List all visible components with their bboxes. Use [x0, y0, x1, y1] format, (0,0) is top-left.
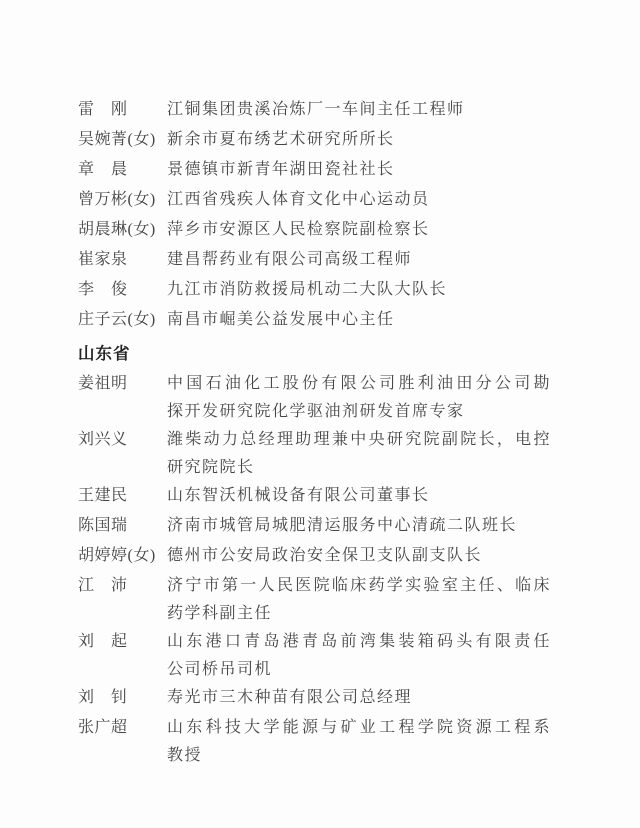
- description-line: 济南市城管局城肥清运服务中心清疏二队班长: [167, 512, 551, 540]
- description-line: 潍柴动力总经理助理兼中央研究院副院长，电控: [167, 426, 551, 454]
- entry-row: 姜祖明中国石油化工股份有限公司胜利油田分公司勘探开发研究院化学驱油剂研发首席专家: [78, 370, 584, 426]
- entry-name: 张广超: [78, 714, 167, 742]
- description-line: 九江市消防救援局机动二大队大队长: [167, 276, 551, 304]
- entry-row: 刘 钊寿光市三木种苗有限公司总经理: [78, 684, 584, 712]
- entry-description: 江铜集团贵溪冶炼厂一车间主任工程师: [167, 96, 551, 124]
- entry-description: 建昌帮药业有限公司高级工程师: [167, 246, 551, 274]
- entry-name: 刘 钊: [78, 684, 167, 712]
- description-line: 济宁市第一人民医院临床药学实验室主任、临床: [167, 572, 551, 600]
- entry-name: 江 沛: [78, 572, 167, 600]
- description-line: 研究院院长: [167, 454, 551, 482]
- entry-name: 刘兴义: [78, 426, 167, 454]
- entry-name: 胡晨琳(女): [78, 216, 167, 244]
- entry-name: 庄子云(女): [78, 306, 167, 334]
- entry-row: 吴婉菁(女)新余市夏布绣艺术研究所所长: [78, 126, 584, 154]
- entry-name: 李 俊: [78, 276, 167, 304]
- province-section: 雷 刚江铜集团贵溪冶炼厂一车间主任工程师吴婉菁(女)新余市夏布绣艺术研究所所长章…: [78, 96, 584, 334]
- entry-description: 寿光市三木种苗有限公司总经理: [167, 684, 551, 712]
- description-line: 德州市公安局政治安全保卫支队副支队长: [167, 542, 551, 570]
- entry-name: 曾万彬(女): [78, 186, 167, 214]
- entry-row: 庄子云(女)南昌市崛美公益发展中心主任: [78, 306, 584, 334]
- description-line: 江铜集团贵溪冶炼厂一车间主任工程师: [167, 96, 551, 124]
- section-header: 山东省: [78, 340, 584, 368]
- entry-name: 雷 刚: [78, 96, 167, 124]
- entry-description: 潍柴动力总经理助理兼中央研究院副院长，电控研究院院长: [167, 426, 551, 482]
- entry-row: 张广超山东科技大学能源与矿业工程学院资源工程系教授: [78, 714, 584, 770]
- province-section: 山东省姜祖明中国石油化工股份有限公司胜利油田分公司勘探开发研究院化学驱油剂研发首…: [78, 340, 584, 770]
- entry-name: 胡婷婷(女): [78, 542, 167, 570]
- entry-description: 中国石油化工股份有限公司胜利油田分公司勘探开发研究院化学驱油剂研发首席专家: [167, 370, 551, 426]
- entry-description: 萍乡市安源区人民检察院副检察长: [167, 216, 551, 244]
- description-line: 山东科技大学能源与矿业工程学院资源工程系: [167, 714, 551, 742]
- entry-name: 王建民: [78, 482, 167, 510]
- entry-description: 山东智沃机械设备有限公司董事长: [167, 482, 551, 510]
- entry-name: 章 晨: [78, 156, 167, 184]
- entry-row: 陈国瑞济南市城管局城肥清运服务中心清疏二队班长: [78, 512, 584, 540]
- entry-name: 陈国瑞: [78, 512, 167, 540]
- entry-description: 德州市公安局政治安全保卫支队副支队长: [167, 542, 551, 570]
- document-page: 雷 刚江铜集团贵溪冶炼厂一车间主任工程师吴婉菁(女)新余市夏布绣艺术研究所所长章…: [0, 0, 640, 828]
- entry-description: 南昌市崛美公益发展中心主任: [167, 306, 551, 334]
- entry-name: 吴婉菁(女): [78, 126, 167, 154]
- description-line: 山东智沃机械设备有限公司董事长: [167, 482, 551, 510]
- entry-description: 景德镇市新青年湖田瓷社社长: [167, 156, 551, 184]
- description-line: 寿光市三木种苗有限公司总经理: [167, 684, 551, 712]
- description-line: 景德镇市新青年湖田瓷社社长: [167, 156, 551, 184]
- entry-name: 姜祖明: [78, 370, 167, 398]
- description-line: 山东港口青岛港青岛前湾集装箱码头有限责任: [167, 628, 551, 656]
- entry-row: 曾万彬(女)江西省残疾人体育文化中心运动员: [78, 186, 584, 214]
- entry-description: 济宁市第一人民医院临床药学实验室主任、临床药学科副主任: [167, 572, 551, 628]
- entry-description: 江西省残疾人体育文化中心运动员: [167, 186, 551, 214]
- description-line: 公司桥吊司机: [167, 656, 551, 684]
- entry-row: 王建民山东智沃机械设备有限公司董事长: [78, 482, 584, 510]
- entry-row: 雷 刚江铜集团贵溪冶炼厂一车间主任工程师: [78, 96, 584, 124]
- entry-description: 九江市消防救援局机动二大队大队长: [167, 276, 551, 304]
- description-line: 萍乡市安源区人民检察院副检察长: [167, 216, 551, 244]
- entry-description: 山东科技大学能源与矿业工程学院资源工程系教授: [167, 714, 551, 770]
- entry-name: 刘 起: [78, 628, 167, 656]
- description-line: 江西省残疾人体育文化中心运动员: [167, 186, 551, 214]
- entry-description: 济南市城管局城肥清运服务中心清疏二队班长: [167, 512, 551, 540]
- entry-name: 崔家泉: [78, 246, 167, 274]
- entry-row: 李 俊九江市消防救援局机动二大队大队长: [78, 276, 584, 304]
- description-line: 新余市夏布绣艺术研究所所长: [167, 126, 551, 154]
- entry-description: 新余市夏布绣艺术研究所所长: [167, 126, 551, 154]
- entry-row: 胡晨琳(女)萍乡市安源区人民检察院副检察长: [78, 216, 584, 244]
- description-line: 探开发研究院化学驱油剂研发首席专家: [167, 398, 551, 426]
- document-content: 雷 刚江铜集团贵溪冶炼厂一车间主任工程师吴婉菁(女)新余市夏布绣艺术研究所所长章…: [78, 96, 584, 770]
- entry-row: 江 沛济宁市第一人民医院临床药学实验室主任、临床药学科副主任: [78, 572, 584, 628]
- entry-description: 山东港口青岛港青岛前湾集装箱码头有限责任公司桥吊司机: [167, 628, 551, 684]
- description-line: 药学科副主任: [167, 600, 551, 628]
- description-line: 教授: [167, 742, 551, 770]
- entry-row: 崔家泉建昌帮药业有限公司高级工程师: [78, 246, 584, 274]
- entry-row: 章 晨景德镇市新青年湖田瓷社社长: [78, 156, 584, 184]
- entry-row: 刘兴义潍柴动力总经理助理兼中央研究院副院长，电控研究院院长: [78, 426, 584, 482]
- description-line: 中国石油化工股份有限公司胜利油田分公司勘: [167, 370, 551, 398]
- entry-row: 刘 起山东港口青岛港青岛前湾集装箱码头有限责任公司桥吊司机: [78, 628, 584, 684]
- description-line: 南昌市崛美公益发展中心主任: [167, 306, 551, 334]
- entry-row: 胡婷婷(女)德州市公安局政治安全保卫支队副支队长: [78, 542, 584, 570]
- description-line: 建昌帮药业有限公司高级工程师: [167, 246, 551, 274]
